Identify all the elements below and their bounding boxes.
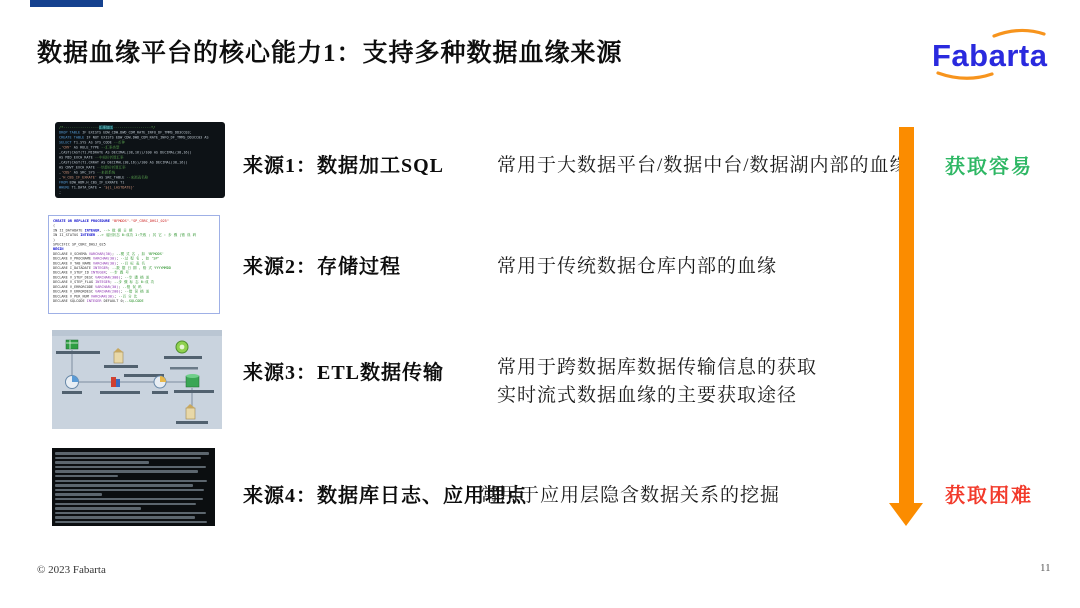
source-2-label: 来源2：存储过程 (243, 250, 401, 279)
copyright-text: © 2023 Fabarta (37, 564, 106, 576)
page-number: 11 (1040, 562, 1051, 574)
fabarta-logo: Fabarta (922, 28, 1062, 80)
hard-to-obtain-note: 获取困难 (945, 479, 1033, 508)
source-4-description: 常用于应用层隐含数据关系的挖掘 (480, 480, 780, 507)
easy-to-obtain-note: 获取容易 (945, 150, 1033, 179)
accent-bar (30, 0, 103, 7)
source-1-description: 常用于大数据平台/数据中台/数据湖内部的血缘 (497, 150, 910, 177)
etl-diagram-thumbnail (52, 330, 222, 429)
source-3-description-line-1: 常用于跨数据库数据传输信息的获取 (497, 352, 817, 379)
source-1-label: 来源1：数据加工SQL (243, 149, 444, 178)
sql-code-thumbnail: /*-----------------汇率加工-----------------… (55, 122, 225, 198)
logo-text: Fabarta (932, 38, 1047, 74)
stored-procedure-thumbnail: CREATE OR REPLACE PROCEDURE "BFMODS"."SP… (48, 215, 220, 314)
sql-code-lines: /*-----------------汇率加工-----------------… (59, 125, 221, 195)
source-3-label: 来源3：ETL数据传输 (243, 356, 444, 385)
difficulty-arrow-head-icon (889, 503, 923, 526)
source-2-description: 常用于传统数据仓库内部的血缘 (497, 251, 777, 278)
source-3-description-line-2: 实时流式数据血缘的主要获取途径 (497, 380, 797, 407)
log-lines (55, 452, 212, 526)
stored-procedure-lines: CREATE OR REPLACE PROCEDURE "BFMODS"."SP… (53, 219, 215, 304)
etl-flow-diagram-icon (52, 330, 222, 429)
difficulty-arrow-shaft (899, 127, 914, 504)
database-log-thumbnail (52, 448, 215, 526)
page-title: 数据血缘平台的核心能力1：支持多种数据血缘来源 (37, 33, 623, 69)
